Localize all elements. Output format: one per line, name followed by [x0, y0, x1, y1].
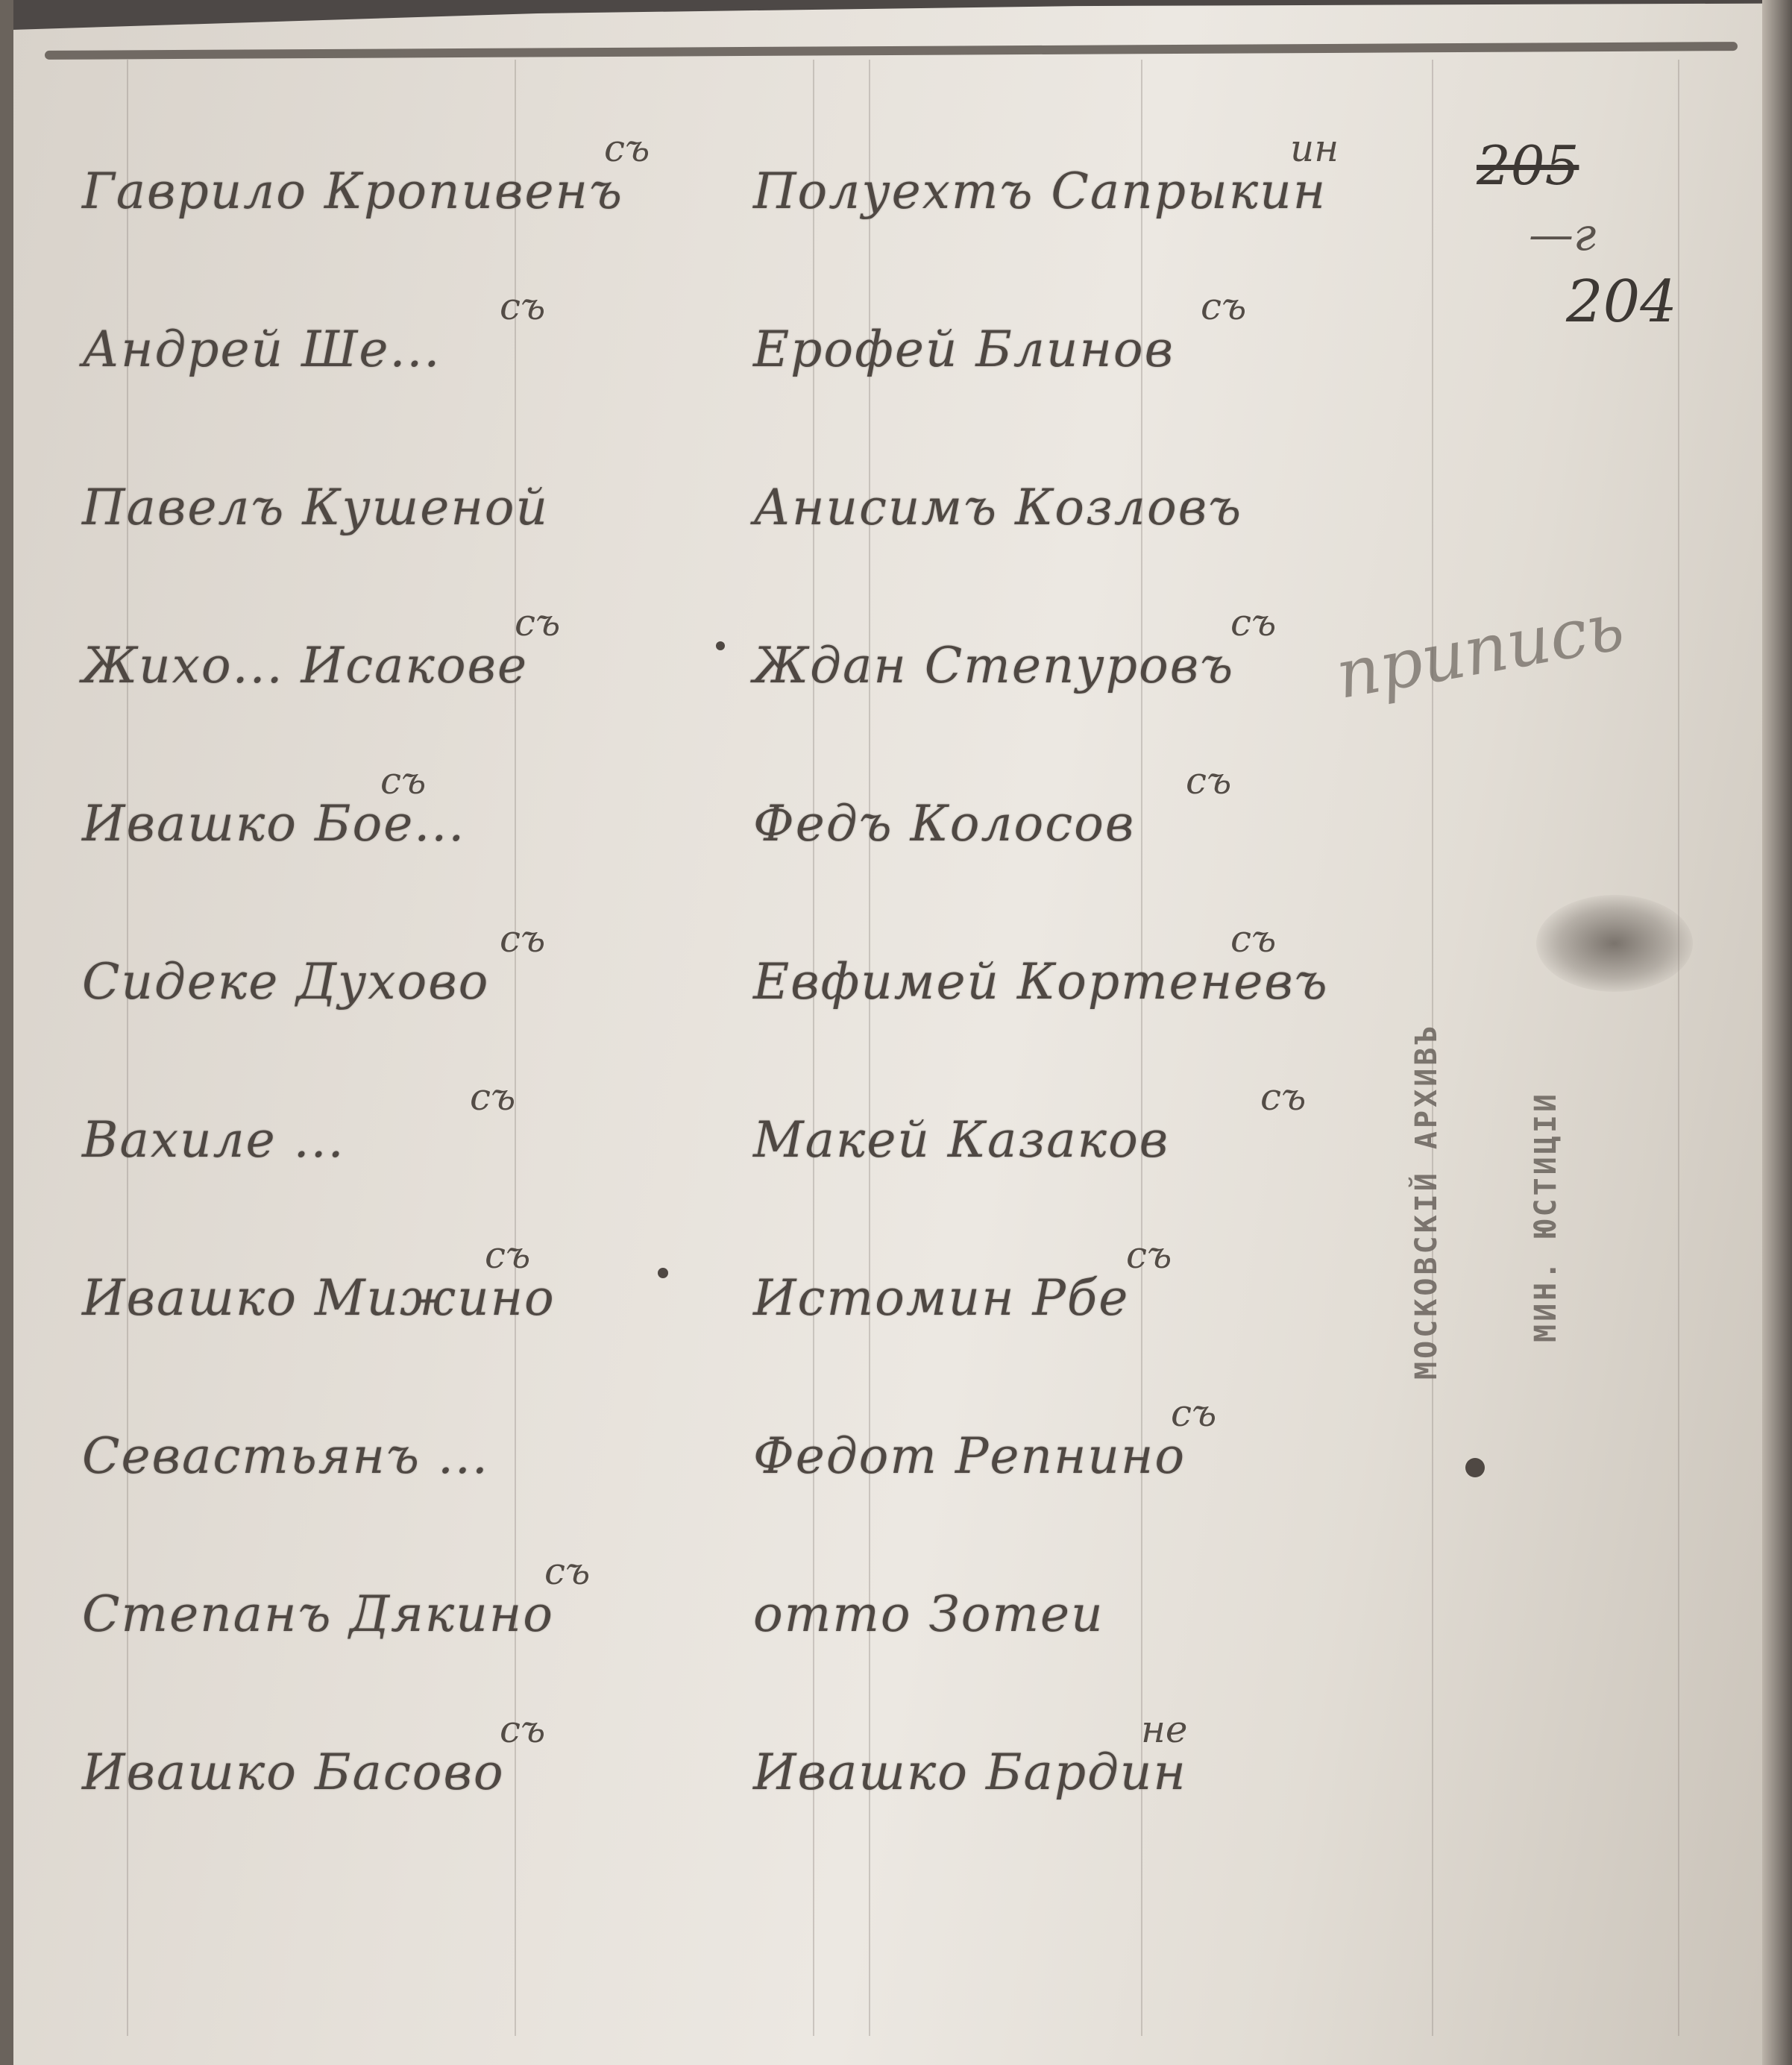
entry-superscript: съ — [1126, 1233, 1172, 1277]
entry-name: Ивашко Мижино — [82, 1269, 556, 1327]
list-entry: отто Зотеи — [753, 1535, 1365, 1693]
list-entry: Ивашко Мижиносъ — [82, 1219, 649, 1377]
entry-superscript: съ — [604, 127, 650, 170]
list-entry: Ивашко Басовосъ — [82, 1693, 649, 1851]
entry-name: Полуехтъ Сапрыкин — [753, 163, 1327, 220]
entry-name: отто Зотеи — [753, 1585, 1104, 1643]
top-ruled-line — [45, 42, 1738, 60]
ink-dot — [658, 1268, 668, 1278]
margin-signature: припись — [1330, 587, 1629, 714]
list-entry: Ивашко Бардинне — [753, 1693, 1365, 1851]
entry-name: Степанъ Дякино — [82, 1585, 554, 1643]
entry-name: Вахиле ... — [82, 1111, 345, 1169]
list-entry: Истомин Рбесъ — [753, 1219, 1365, 1377]
list-entry: Андрей Ше...съ — [82, 270, 649, 428]
entry-superscript: съ — [470, 1075, 515, 1119]
entry-superscript: съ — [1230, 601, 1276, 644]
entry-superscript: съ — [515, 601, 560, 644]
list-entry: Федъ Колосовсъ — [753, 744, 1365, 902]
ink-dot — [1465, 1458, 1485, 1477]
entry-superscript: съ — [1260, 1075, 1306, 1119]
ink-dot — [716, 641, 725, 650]
entry-superscript: съ — [485, 1233, 530, 1277]
entry-superscript: ин — [1290, 127, 1339, 170]
list-entry: Павелъ Кушеной — [82, 428, 649, 586]
entry-name: Павелъ Кушеной — [82, 479, 549, 536]
entry-name: Ивашко Бое... — [82, 795, 465, 852]
list-entry: Макей Казаковсъ — [753, 1060, 1365, 1219]
list-entry: Евфимей Кортеневъсъ — [753, 902, 1365, 1060]
entry-superscript: съ — [544, 1550, 590, 1593]
folio-struck-mark: —г — [1529, 209, 1596, 261]
entry-name: Ивашко Бардин — [753, 1744, 1187, 1801]
list-entry: Степанъ Дякиносъ — [82, 1535, 649, 1693]
entry-name: Макей Казаков — [753, 1111, 1169, 1169]
list-entry: Ерофей Блиновсъ — [753, 270, 1365, 428]
manuscript-page: 205 —г 204 Гаврило Кропивенъсъ Андрей Ше… — [0, 0, 1792, 2065]
folio-number-current: 204 — [1566, 268, 1677, 336]
entry-name: Жихо... Исакове — [82, 637, 528, 694]
archive-stamp-line-1: МОСКОВСКІЙ АРХИВЪ — [1409, 1024, 1444, 1380]
names-column-right: Полуехтъ Сапрыкинин Ерофей Блиновсъ Анис… — [753, 112, 1365, 1851]
list-entry: Федот Репниносъ — [753, 1377, 1365, 1535]
ink-smudge — [1536, 895, 1693, 992]
entry-name: Анисимъ Козловъ — [753, 479, 1242, 536]
list-entry: Гаврило Кропивенъсъ — [82, 112, 649, 270]
archive-stamp-line-2: МИН. ЮСТИЦІИ — [1529, 1091, 1563, 1342]
right-page-edge — [1762, 0, 1792, 2065]
list-entry: Севастьянъ ... — [82, 1377, 649, 1535]
entry-name: Сидеке Духово — [82, 953, 489, 1011]
entry-name: Ивашко Басово — [82, 1744, 505, 1801]
entry-name: Ерофей Блинов — [753, 321, 1175, 378]
entry-superscript: съ — [1230, 917, 1276, 961]
entry-superscript: съ — [500, 1708, 545, 1751]
entry-name: Истомин Рбе — [753, 1269, 1129, 1327]
entry-name: Федот Репнино — [753, 1427, 1186, 1485]
names-column-left: Гаврило Кропивенъсъ Андрей Ше...съ Павел… — [82, 112, 649, 1851]
entry-name: Ждан Степуровъ — [753, 637, 1234, 694]
entry-superscript: съ — [380, 759, 426, 802]
list-entry: Вахиле ...съ — [82, 1060, 649, 1219]
entry-superscript: не — [1141, 1708, 1188, 1751]
film-streak — [1678, 60, 1679, 2036]
list-entry: Ждан Степуровъсъ — [753, 586, 1365, 744]
entry-name: Гаврило Кропивенъ — [82, 163, 623, 220]
entry-name: Федъ Колосов — [753, 795, 1135, 852]
folio-number-old: 205 — [1477, 134, 1579, 197]
entry-superscript: съ — [500, 917, 545, 961]
entry-superscript: съ — [1171, 1392, 1216, 1435]
entry-superscript: съ — [500, 285, 545, 328]
list-entry: Анисимъ Козловъ — [753, 428, 1365, 586]
list-entry: Сидеке Духовосъ — [82, 902, 649, 1060]
list-entry: Полуехтъ Сапрыкинин — [753, 112, 1365, 270]
entry-name: Андрей Ше... — [82, 321, 441, 378]
list-entry: Жихо... Исаковесъ — [82, 586, 649, 744]
entry-name: Севастьянъ ... — [82, 1427, 489, 1485]
left-page-edge — [0, 0, 13, 2065]
list-entry: Ивашко Бое...съ — [82, 744, 649, 902]
entry-name: Евфимей Кортеневъ — [753, 953, 1329, 1011]
entry-superscript: съ — [1201, 285, 1246, 328]
entry-superscript: съ — [1186, 759, 1231, 802]
